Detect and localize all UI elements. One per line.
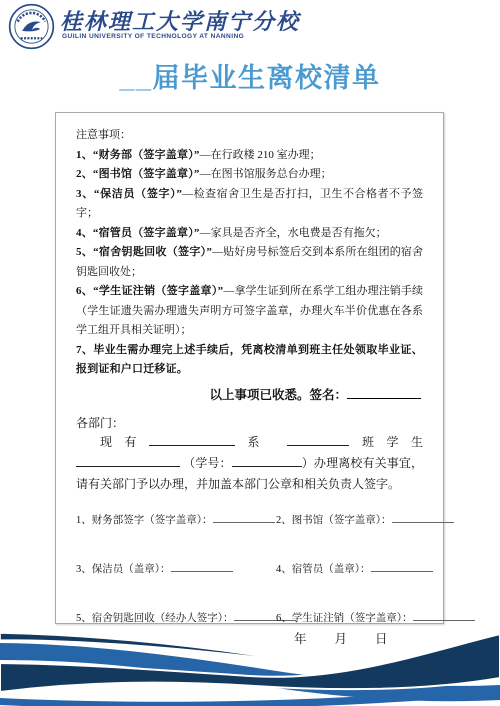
signature-slot-label: 5、宿舍钥匙回收（经办人签字）： — [76, 613, 234, 624]
footer-wave-decoration — [0, 630, 500, 706]
fill-in-blank — [149, 434, 235, 446]
signature-slot-blank — [413, 611, 475, 621]
notice-item: 2、“图书馆（签字盖章）”—在图书馆服务总台办理； — [76, 165, 423, 185]
signature-slot-blank — [171, 562, 233, 572]
signature-slot-blank — [371, 562, 433, 572]
departments-paragraph: 现有系 班学生 （学号：）办理离校有关事宜，请有关部门予以办理，并加盖本部门公章… — [76, 432, 423, 495]
signature-slot-label: 3、保洁员（盖章）： — [76, 564, 171, 575]
acknowledgement-line: 以上事项已收悉。签名： — [76, 385, 423, 403]
signature-slot-label: 4、宿管员（盖章）： — [276, 564, 371, 575]
signature-slot: 4、宿管员（盖章）： — [276, 561, 475, 576]
notice-item: 6、“学生证注销（签字盖章）”—拿学生证到所在系学工组办理注销手续（学生证遗失需… — [76, 282, 423, 341]
signature-slot-label: 6、学生证注销（签字盖章）： — [276, 613, 413, 624]
checklist-form-box: 注意事项： 1、“财务部（签字盖章）”—在行政楼 210 室办理；2、“图书馆（… — [55, 112, 444, 624]
fill-in-blank — [232, 455, 302, 467]
fill-in-blank — [287, 434, 349, 446]
signature-slot: 3、保洁员（盖章）： — [76, 561, 276, 576]
acknowledgement-text: 以上事项已收悉。签名： — [209, 388, 347, 402]
notice-item: 3、“保洁员（签字）”—检查宿舍卫生是否打扫，卫生不合格者不予签字； — [76, 185, 423, 224]
signature-slot: 1、财务部签字（签字盖章）： — [76, 512, 276, 527]
signature-slot-label: 2、图书馆（签字盖章）： — [276, 515, 392, 526]
wave-navy-main — [0, 634, 500, 692]
departments-salutation: 各部门： — [76, 414, 423, 432]
notice-item: 4、“宿管员（签字盖章）”—家具是否齐全，水电费是否有拖欠； — [76, 224, 423, 244]
notice-list: 1、“财务部（签字盖章）”—在行政楼 210 室办理；2、“图书馆（签字盖章）”… — [76, 146, 423, 380]
signature-slot: 2、图书馆（签字盖章）： — [276, 512, 475, 527]
notice-heading: 注意事项： — [76, 126, 423, 146]
signature-slot-label: 1、财务部签字（签字盖章）： — [76, 515, 213, 526]
university-name-chinese: 桂林理工大学南宁分校 — [60, 5, 300, 36]
signature-slot: 5、宿舍钥匙回收（经办人签字）： — [76, 610, 276, 625]
fill-in-blank — [76, 455, 180, 467]
notice-item: 1、“财务部（签字盖章）”—在行政楼 210 室办理； — [76, 146, 423, 166]
notice-item: 7、毕业生需办理完上述手续后，凭离校清单到班主任处领取毕业证、报到证和户口迁移证… — [76, 341, 423, 380]
notice-item: 5、“宿舍钥匙回收（签字）”—贴好房号标签后交到本系所在组团的宿舍钥匙回收处； — [76, 243, 423, 282]
university-seal-icon — [8, 3, 55, 50]
signature-slot-blank — [213, 513, 275, 523]
leave-school-checklist-document: 桂林理工大学南宁分校 GUILIN UNIVERSITY OF TECHNOLO… — [0, 0, 500, 706]
page-title: __届毕业生离校清单 — [0, 56, 500, 95]
signature-blank — [347, 387, 421, 399]
signature-grid: 1、财务部签字（签字盖章）：2、图书馆（签字盖章）：3、保洁员（盖章）：4、宿管… — [76, 512, 423, 625]
signature-slot-blank — [392, 513, 454, 523]
university-name-english: GUILIN UNIVERSITY OF TECHNOLOGY AT NANNI… — [62, 33, 244, 40]
signature-slot: 6、学生证注销（签字盖章）： — [276, 610, 475, 625]
